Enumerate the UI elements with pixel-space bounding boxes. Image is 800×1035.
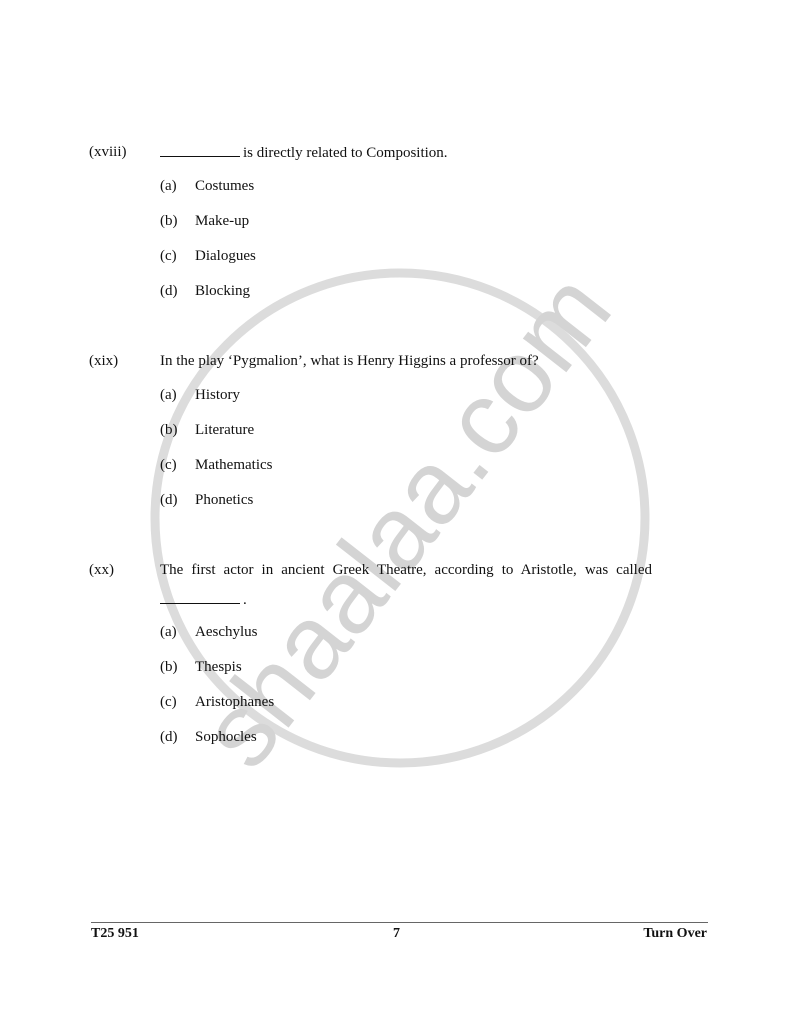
option-c: (c)Mathematics xyxy=(160,456,272,474)
option-label: (c) xyxy=(160,456,195,474)
question-number: (xix) xyxy=(89,352,118,370)
option-text: Mathematics xyxy=(195,457,272,473)
paper-code: T25 951 xyxy=(91,926,139,942)
option-a: (a)Costumes xyxy=(160,177,254,195)
option-label: (d) xyxy=(160,282,195,300)
option-label: (d) xyxy=(160,728,195,746)
answer-blank xyxy=(160,590,240,604)
turn-over-label: Turn Over xyxy=(643,926,707,942)
option-d: (d)Phonetics xyxy=(160,491,253,509)
option-text: History xyxy=(195,387,240,403)
option-label: (a) xyxy=(160,623,195,641)
option-text: Phonetics xyxy=(195,492,253,508)
option-text: Aeschylus xyxy=(195,624,258,640)
option-text: Blocking xyxy=(195,283,250,299)
option-label: (a) xyxy=(160,177,195,195)
option-label: (b) xyxy=(160,212,195,230)
option-text: Sophocles xyxy=(195,729,257,745)
footer-divider xyxy=(91,922,708,923)
option-b: (b)Thespis xyxy=(160,658,242,676)
option-text: Make-up xyxy=(195,213,249,229)
blank-suffix: . xyxy=(243,592,247,608)
answer-blank xyxy=(160,143,240,157)
option-text: Aristophanes xyxy=(195,694,274,710)
option-label: (b) xyxy=(160,421,195,439)
option-d: (d)Sophocles xyxy=(160,728,257,746)
option-c: (c)Aristophanes xyxy=(160,693,274,711)
option-text: Thespis xyxy=(195,659,242,675)
option-a: (a)Aeschylus xyxy=(160,623,258,641)
page-number: 7 xyxy=(393,926,400,942)
option-b: (b)Make-up xyxy=(160,212,249,230)
question-number: (xx) xyxy=(89,561,114,579)
exam-page: (xviii) is directly related to Compositi… xyxy=(0,0,800,1035)
option-text: Literature xyxy=(195,422,254,438)
option-text: Costumes xyxy=(195,178,254,194)
option-c: (c)Dialogues xyxy=(160,247,256,265)
question-text: In the play ‘Pygmalion’, what is Henry H… xyxy=(160,352,539,370)
option-b: (b)Literature xyxy=(160,421,254,439)
question-text-continuation: . xyxy=(160,590,247,609)
option-label: (c) xyxy=(160,247,195,265)
option-d: (d)Blocking xyxy=(160,282,250,300)
option-label: (a) xyxy=(160,386,195,404)
question-number: (xviii) xyxy=(89,143,127,161)
question-text: is directly related to Composition. xyxy=(160,143,448,162)
option-text: Dialogues xyxy=(195,248,256,264)
option-label: (d) xyxy=(160,491,195,509)
question-text-body: is directly related to Composition. xyxy=(243,145,448,161)
option-label: (c) xyxy=(160,693,195,711)
question-text: The first actor in ancient Greek Theatre… xyxy=(160,561,652,579)
option-label: (b) xyxy=(160,658,195,676)
option-a: (a)History xyxy=(160,386,240,404)
